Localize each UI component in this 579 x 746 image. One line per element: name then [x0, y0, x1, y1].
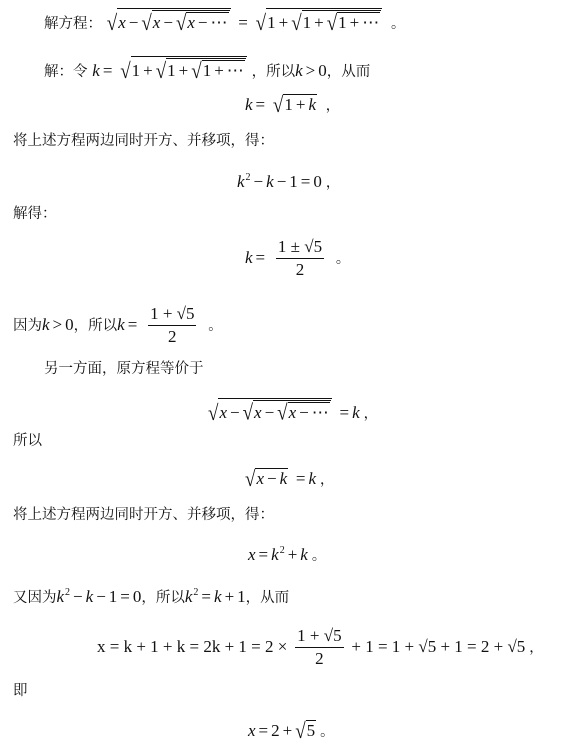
equation-x-k-squared: x=k2+k。 — [248, 541, 326, 566]
problem-statement: 解方程： √x−√x−√x−⋯ = √1+√1+√1+⋯ 。 — [44, 8, 405, 34]
step-text: 将上述方程两边同时开方、并移项，得： — [13, 505, 274, 525]
quadratic-equation: k2−k−1=0， — [237, 168, 340, 193]
equation-sqrt-x-minus-k: √x−k =k， — [245, 468, 334, 490]
step-text: 将上述方程两边同时开方、并移项，得： — [13, 131, 274, 151]
solution-intro: 解：令 k= √1+√1+√1+⋯ ，所以k>0，从而 — [44, 56, 370, 82]
final-answer: x=2+√5。 — [248, 720, 334, 742]
final-computation: x = k + 1 + k = 2k + 1 = 2 × 1 + √52 + 1… — [97, 625, 543, 670]
positive-root: 因为k>0，所以k= 1 + √52 。 — [13, 303, 222, 348]
step-text: 解得： — [13, 204, 57, 224]
equivalent-equation: √x−√x−√x−⋯ =k， — [208, 398, 378, 424]
step-text: 所以 — [13, 431, 42, 451]
equation-k-sqrt: k= √1+k ， — [245, 94, 340, 116]
quadratic-roots: k= 1 ± √52 。 — [245, 236, 350, 281]
problem-label: 解方程： — [44, 16, 102, 32]
nested-radical-one: √1+√1+√1+⋯ — [256, 8, 383, 34]
step-text: 另一方面，原方程等价于 — [44, 359, 204, 379]
step-text: 即 — [13, 681, 28, 701]
nested-radical-one: √1+√1+√1+⋯ — [120, 56, 247, 82]
nested-radical-x: √x−√x−√x−⋯ — [107, 8, 231, 34]
substitution-step: 又因为k2−k−1=0，所以k2=k+1，从而 — [13, 583, 289, 608]
